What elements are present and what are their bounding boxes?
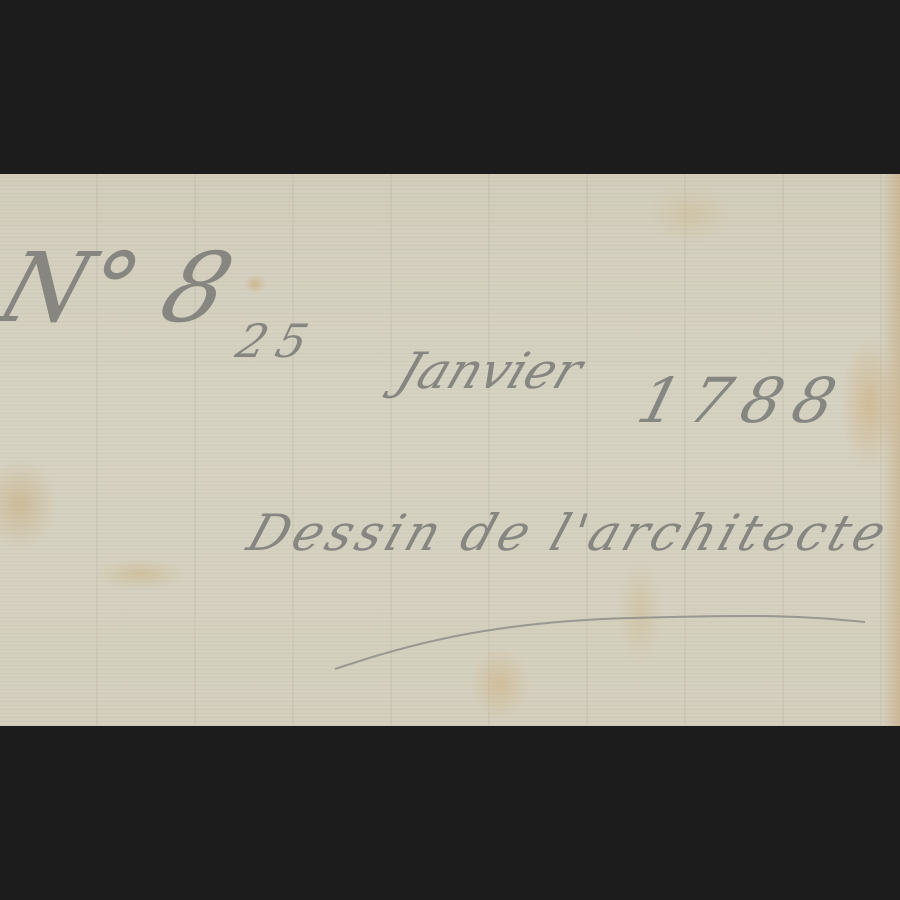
dark-border-bottom xyxy=(0,726,900,900)
aged-paper-sheet: N° 8 25 Janvier 1788 Dessin de l'archite… xyxy=(0,174,900,726)
date-day: 25 xyxy=(231,314,324,368)
stained-paper-edge xyxy=(882,174,900,726)
caption-text: Dessin de l'architecte xyxy=(241,504,897,562)
pencil-underline-flourish xyxy=(330,604,870,674)
number-mark: N° 8 xyxy=(0,232,246,344)
date-year: 1788 xyxy=(630,364,855,437)
date-month: Janvier xyxy=(389,342,590,400)
dark-border-top xyxy=(0,0,900,174)
